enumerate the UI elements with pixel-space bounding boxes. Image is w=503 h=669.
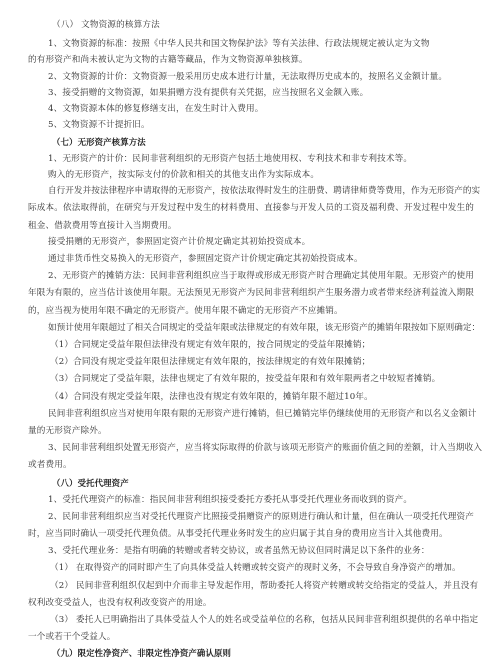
text-line: 的有形资产和尚未被认定为文物的古籍等藏品，作为文物资源单独核算。 — [28, 54, 308, 66]
text-line: 1、文物资源的标准：按照《中华人民共和国文物保护法》等有关法律、行政法规规定被认… — [48, 38, 418, 50]
text-line: 3、民间非营利组织处置无形资产，应当将实际取得的价款与该项无形资产的账面价值之间… — [48, 442, 474, 454]
text-line: 3、接受捐赠的文物资源，如果捐赠方没有提供有关凭据，应当按照名义金额入账。 — [48, 87, 368, 99]
text-line: （4）合同没有规定受益年限，法律也没有规定有效年限的，摊销年限不超过10年。 — [50, 391, 373, 403]
text-line: 民间非营利组织应当对使用年限有限的无形资产进行摊销，但已摊销完毕仍继续使用的无形… — [48, 408, 474, 420]
section-heading: （八）受托代理资产 — [52, 477, 129, 489]
text-line: 租金、借款费用等直接计入当期费用。 — [28, 220, 177, 232]
text-line: 或者费用。 — [28, 459, 72, 471]
text-line: 2、无形资产的摊销方法：民间非营利组织应当于取得或形成无形资产时合理确定其使用年… — [48, 270, 474, 282]
text-line: 接受捐赠的无形资产，参照固定资产计价规定确定其初始投资成本。 — [48, 236, 310, 248]
text-line: （2） 民间非营利组织仅起到中介而非主导发起作用，帮助委托人将资产转赠或转交给指… — [50, 580, 474, 592]
text-line: 的，应当视为使用年限不确定的无形资产。使用年限不确定的无形资产不应摊销。 — [28, 305, 343, 317]
section-heading: （九）限定性净资产、非限定性净资产确认原则 — [52, 647, 231, 659]
document-page: （八） 文物资源的核算方法1、文物资源的标准：按照《中华人民共和国文物保护法》等… — [0, 0, 503, 669]
text-line: 1、无形资产的计价：民间非营利组织的无形资产包括土地使用权、专利技术和非专利技术… — [48, 153, 412, 165]
text-line: 2、文物资源的计价：文物资源一般采用历史成本进行计量，无法取得历史成本的，按照名… — [48, 71, 428, 83]
text-line: 通过非货币性交易换入的无形资产，参照固定资产计价规定确定其初始投资成本。 — [48, 253, 363, 265]
text-line: 5、文物资源不计提折旧。 — [48, 119, 150, 131]
text-line: 际成本。依法取得前，在研究与开发过程中发生的材料费用、直接参与开发人员的工资及福… — [28, 202, 474, 214]
text-line: （3）合同规定了受益年限，法律也规定了有效年限的，按受益年限和有效年限两者之中较… — [50, 373, 440, 385]
text-line: 自行开发并按法律程序申请取得的无形资产，按依法取得时发生的注册费、聘请律师费等费… — [48, 185, 474, 197]
section-heading: （七）无形资产核算方法 — [52, 136, 146, 148]
text-line: 权利改变受益人，也没有权利改变资产的用途。 — [28, 597, 212, 609]
text-line: （2）合同没有规定受益年限但法律规定有效年限的，按法律规定的有效年限摊销； — [50, 356, 370, 368]
text-line: 时，应当同时确认一项受托代理负债。从事受托代理业务时发生的应归属于其自身的费用应… — [28, 528, 448, 540]
text-line: （1） 在取得资产的同时即产生了向具体受益人转赠或转交资产的现时义务，不会导致自… — [50, 562, 461, 574]
text-line: 一个或若干个受益人。 — [28, 631, 115, 643]
text-line: （3） 委托人已明确指出了具体受益人个人的姓名或受益单位的名称，包括从民间非营利… — [50, 614, 474, 626]
text-line: （1）合同规定受益年限但法律没有规定有效年限的，按合同规定的受益年限摊销； — [50, 339, 370, 351]
text-line: 购入的无形资产，按实际支付的价款和相关的其他支出作为实际成本。 — [48, 169, 319, 181]
text-line: 量的无形资产除外。 — [28, 425, 107, 437]
text-line: 2、民间非营利组织应当对受托代理资产比照接受捐赠资产的原则进行确认和计量，但在确… — [48, 511, 474, 523]
text-line: （八） 文物资源的核算方法 — [52, 19, 160, 31]
text-line: 4、文物资源本体的修复修缮支出，在发生时计入费用。 — [48, 103, 263, 115]
text-line: 年限为有限的，应当估计该使用年限。无法预见无形资产为民间非营利组织产生服务潜力或… — [28, 287, 474, 299]
text-line: 3、受托代理业务：是指有明确的转赠或者转交协议，或者虽然无协议但同时满足以下条件… — [48, 545, 430, 557]
text-line: 1、受托代理资产的标准：指民间非营利组织接受委托方委托从事受托代理业务而收到的资… — [48, 494, 412, 506]
text-line: 如预计使用年限超过了相关合同规定的受益年限或法律规定的有效年限，该无形资产的摊销… — [48, 322, 474, 334]
